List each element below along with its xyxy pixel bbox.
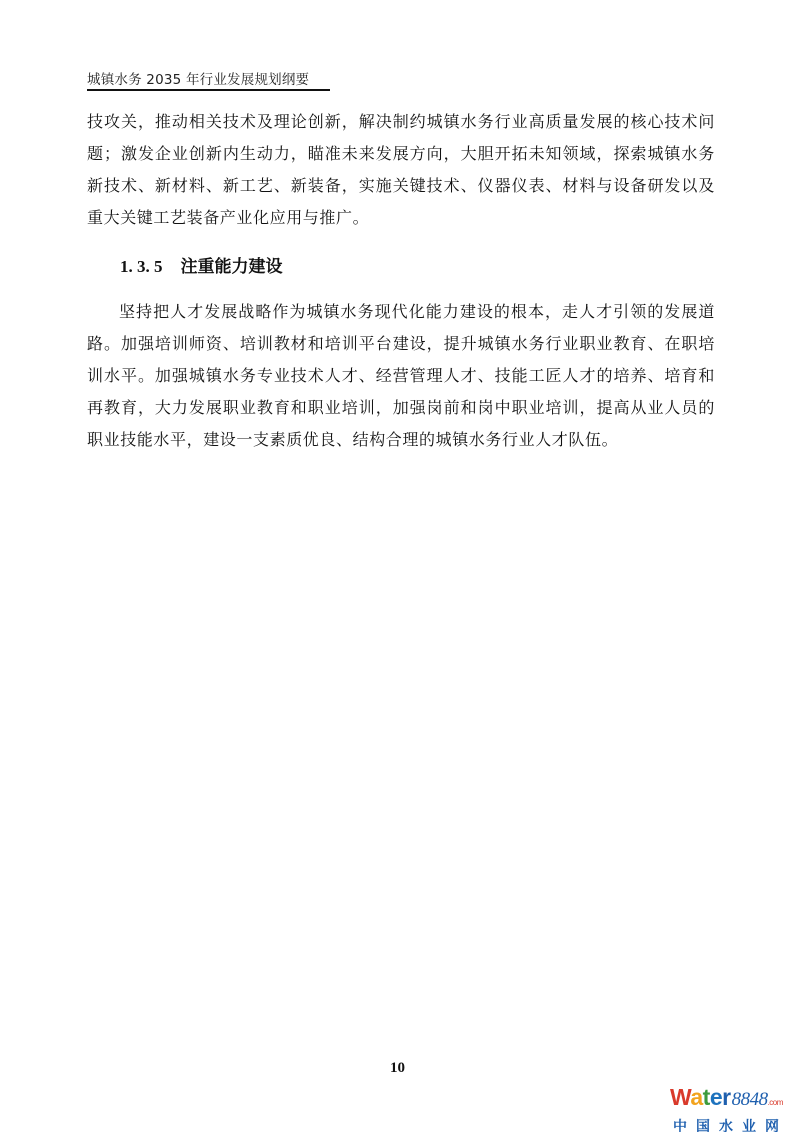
- section-title: 注重能力建设: [181, 257, 283, 277]
- logo-letter: r: [722, 1084, 730, 1110]
- logo-letter: e: [710, 1084, 722, 1110]
- section-heading: 1. 3. 5注重能力建设: [120, 252, 283, 277]
- page-number: 10: [390, 1060, 405, 1077]
- water8848-logo: Water8848.com 中国水业网: [670, 1086, 796, 1132]
- logo-letter: a: [690, 1084, 702, 1110]
- paragraph-continued: 技攻关，推动相关技术及理论创新，解决制约城镇水务行业高质量发展的核心技术问题；激…: [87, 106, 715, 234]
- header-rule: [87, 89, 330, 91]
- logo-letter: t: [703, 1084, 710, 1110]
- logo-suffix: .com: [768, 1098, 783, 1107]
- logo-wordmark: Water8848.com: [670, 1086, 796, 1114]
- running-header: 城镇水务 2035 年行业发展规划纲要: [87, 68, 328, 88]
- logo-chinese-name: 中国水业网: [670, 1116, 796, 1132]
- section-number: 1. 3. 5: [120, 257, 163, 276]
- logo-letter: W: [670, 1084, 690, 1110]
- paragraph-capacity-building: 坚持把人才发展战略作为城镇水务现代化能力建设的根本，走人才引领的发展道路。加强培…: [87, 296, 715, 456]
- logo-number: 8848: [732, 1089, 768, 1110]
